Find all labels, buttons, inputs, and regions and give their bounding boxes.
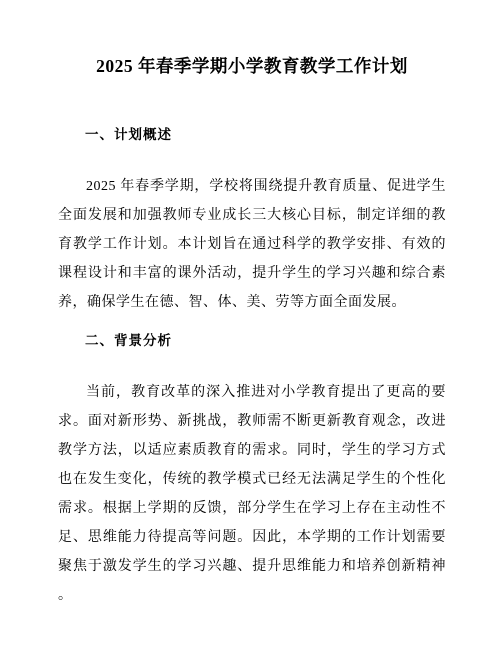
section-paragraph-background-analysis: 当前，教育改革的深入推进对小学教育提出了更高的要求。面对新形势、新挑战，教师需不… bbox=[58, 378, 446, 610]
section-paragraph-plan-overview: 2025 年春季学期，学校将围绕提升教育质量、促进学生全面发展和加强教师专业成长… bbox=[58, 172, 446, 317]
document-page: 2025 年春季学期小学教育教学工作计划 一、计划概述 2025 年春季学期，学… bbox=[0, 0, 500, 647]
document-title: 2025 年春季学期小学教育教学工作计划 bbox=[58, 52, 446, 80]
section-heading-background-analysis: 二、背景分析 bbox=[58, 332, 446, 350]
section-heading-plan-overview: 一、计划概述 bbox=[58, 126, 446, 144]
